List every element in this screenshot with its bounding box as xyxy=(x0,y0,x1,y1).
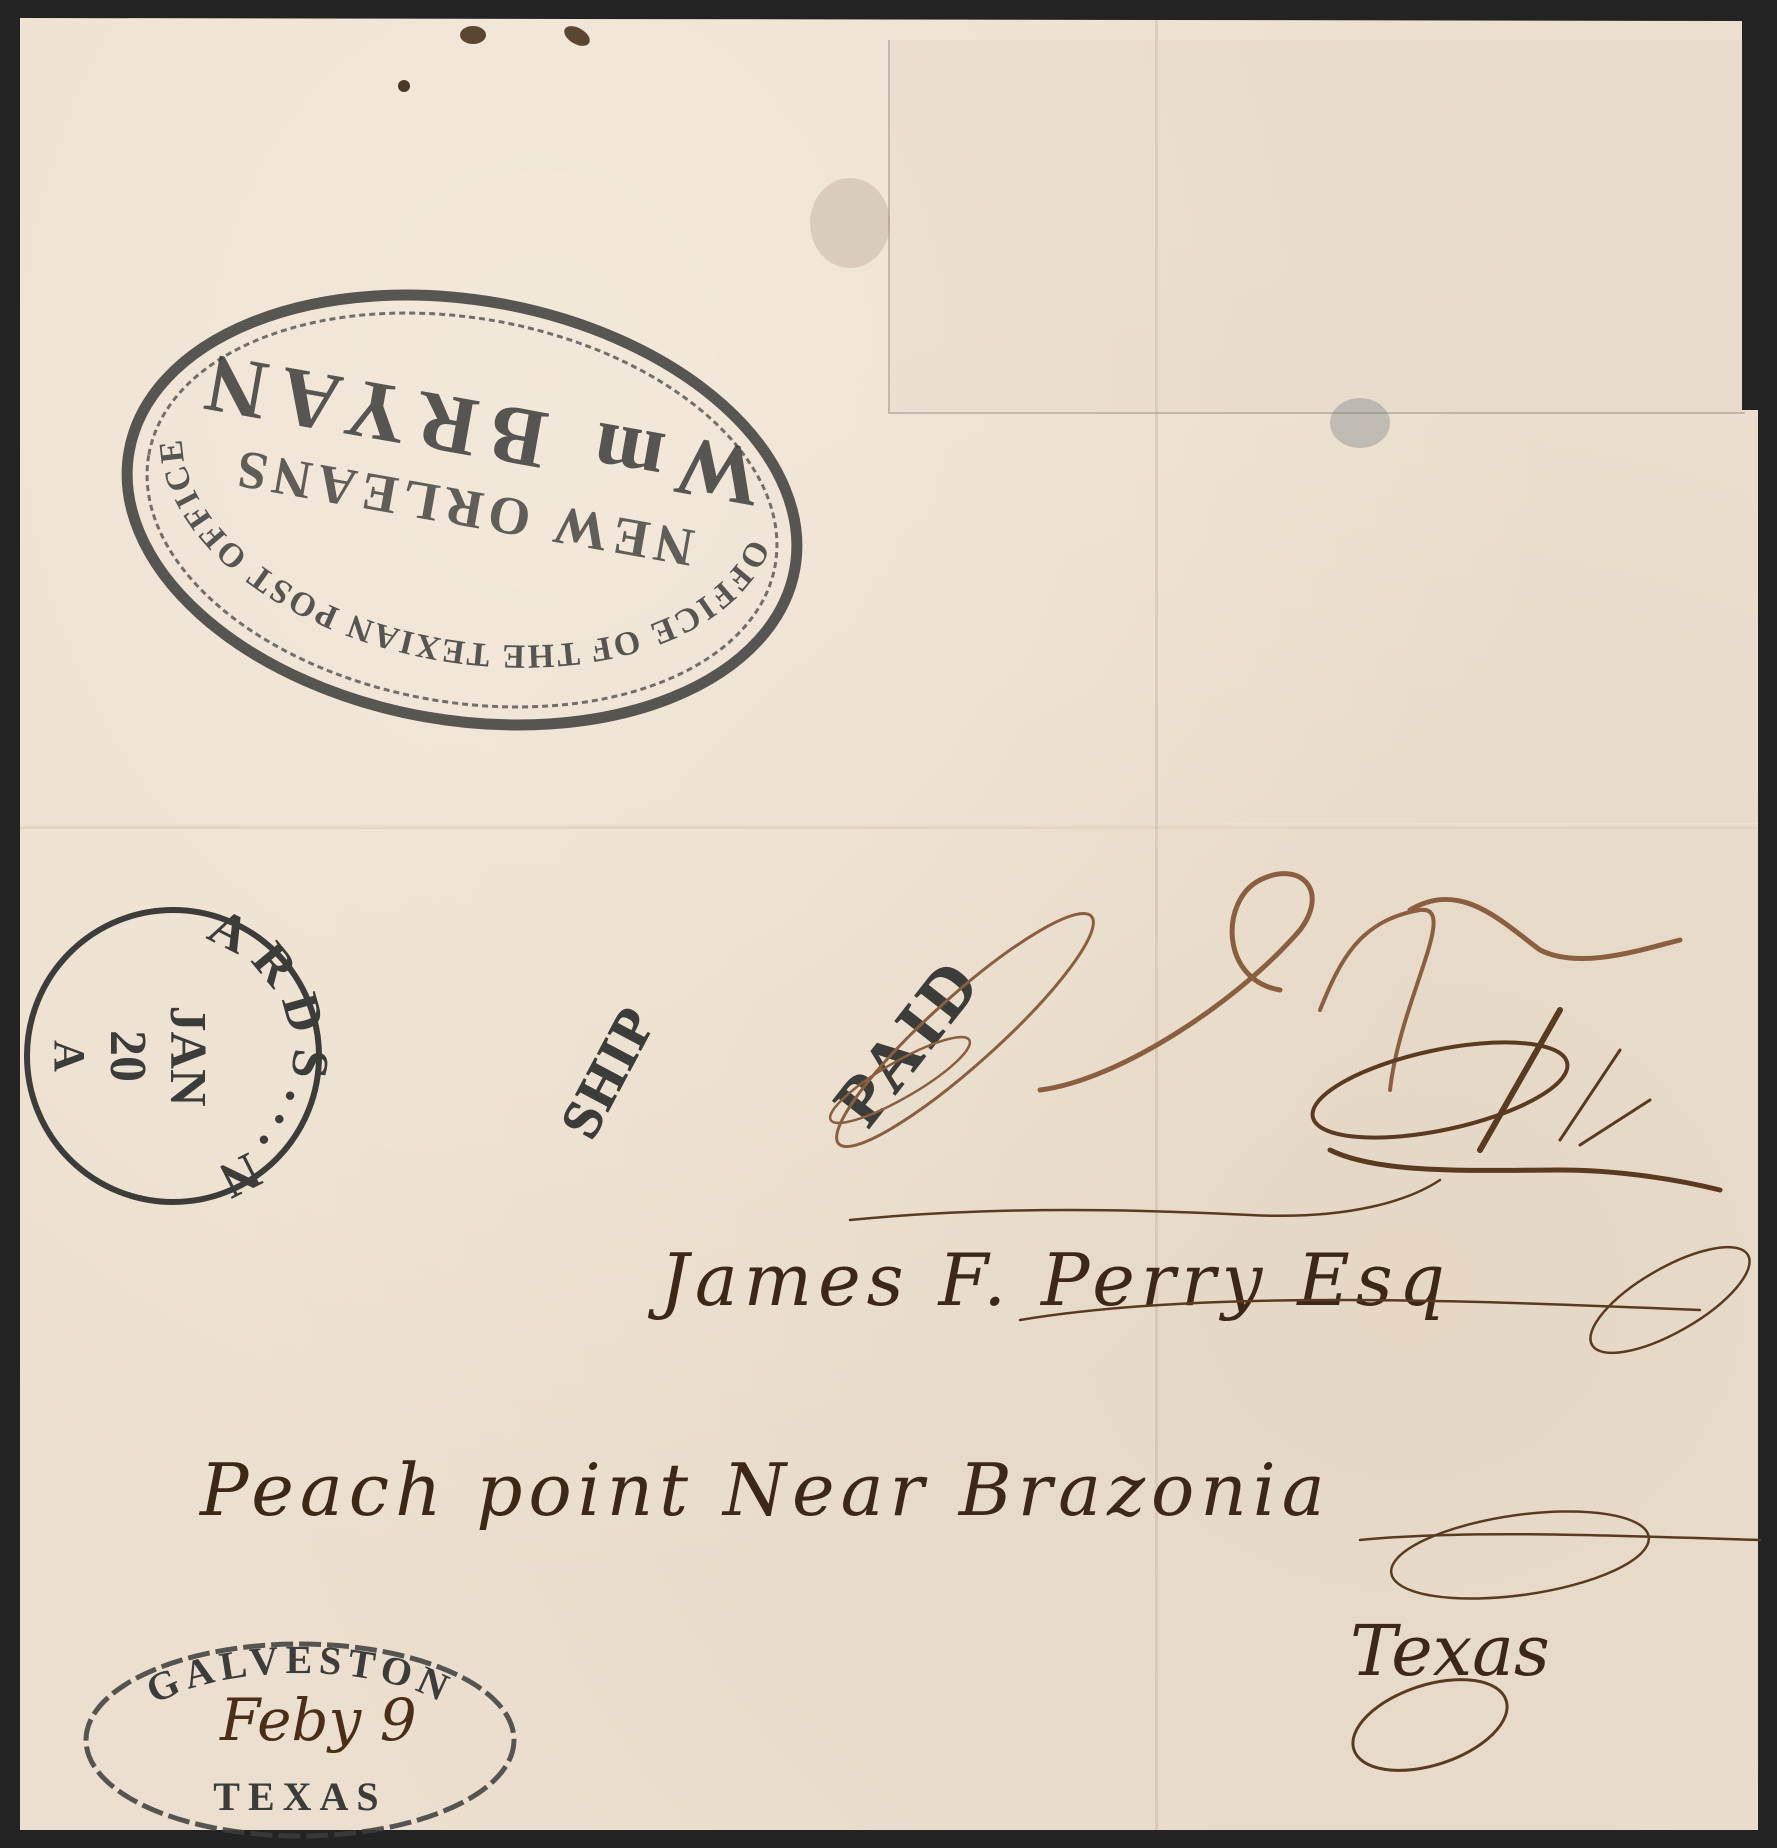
water-stain xyxy=(810,178,890,268)
blue-stain xyxy=(1330,398,1390,448)
horizontal-fold xyxy=(20,823,1758,829)
letter-sheet xyxy=(20,18,1758,1830)
ink-spot xyxy=(561,22,593,50)
vertical-fold xyxy=(1155,18,1158,1830)
ink-spot xyxy=(398,80,410,92)
folded-flap xyxy=(888,40,1745,414)
ink-spot xyxy=(460,26,486,44)
